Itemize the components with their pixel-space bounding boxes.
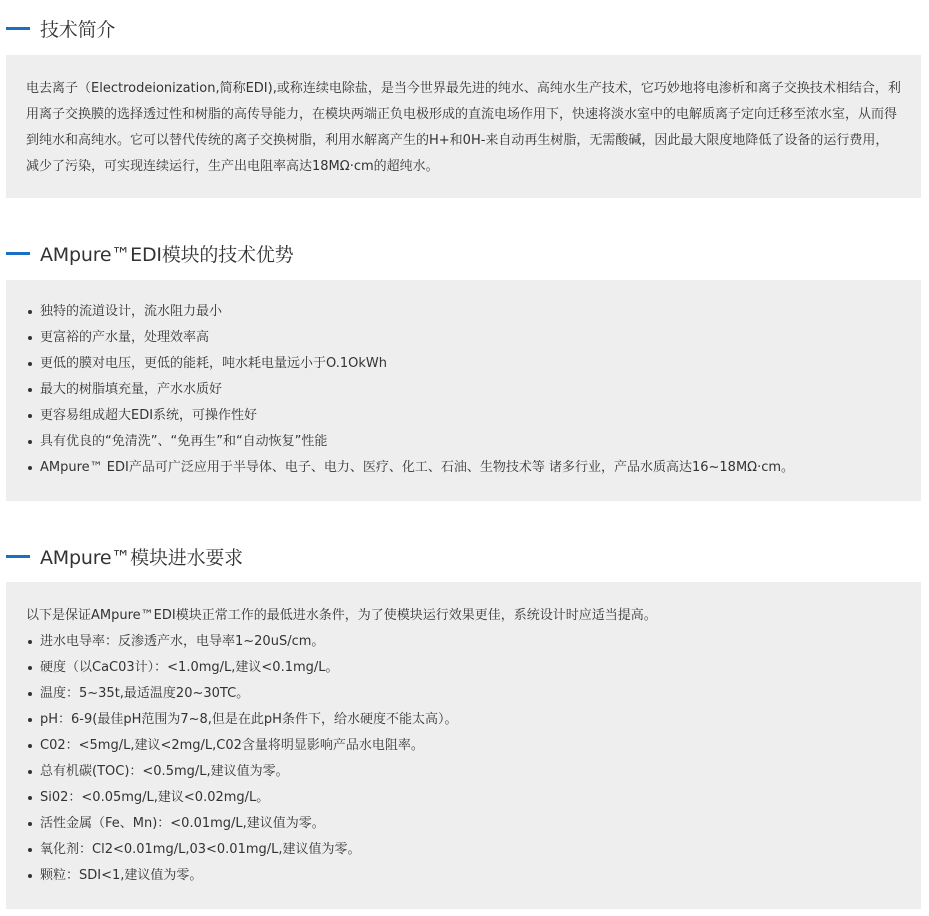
tech-intro-panel: 电去离子（Electrodeionization,简称EDI),或称连续电除盐，… bbox=[6, 55, 921, 198]
list-item: 具有优良的“免清洗”、“免再生”和“自动恢复”性能 bbox=[26, 429, 901, 455]
section-title-text: AMpure™EDI模块的技术优势 bbox=[40, 240, 293, 267]
list-item: 活性金属（Fe、Mn)：<0.01mg/L,建议值为零。 bbox=[26, 811, 901, 837]
list-item: 氧化剂：Cl2<0.01mg/L,03<0.01mg/L,建议值为零。 bbox=[26, 837, 901, 863]
list-item: 总有机碳(TOC)：<0.5mg/L,建议值为零。 bbox=[26, 759, 901, 785]
list-item: Si02：<0.05mg/L,建议<0.02mg/L。 bbox=[26, 785, 901, 811]
list-item: 温度：5~35t,最适温度20~30TC。 bbox=[26, 681, 901, 707]
advantages-list: 独特的流道设计，流水阻力最小 更富裕的产水量，处理效率高 更低的膜对电压，更低的… bbox=[26, 299, 901, 481]
tech-intro-paragraph: 电去离子（Electrodeionization,简称EDI),或称连续电除盐，… bbox=[26, 76, 901, 180]
section-title-feed-water: AMpure™模块进水要求 bbox=[6, 541, 243, 571]
list-item: pH：6-9(最佳pH范围为7~8,但是在此pH条件下，给水硬度不能太高）。 bbox=[26, 707, 901, 733]
section-title-text: 技术简介 bbox=[40, 15, 115, 42]
title-accent-bar bbox=[6, 555, 30, 558]
section-title-text: AMpure™模块进水要求 bbox=[40, 543, 243, 570]
title-accent-bar bbox=[6, 27, 30, 30]
feed-water-intro: 以下是保证AMpure™EDI模块正常工作的最低进水条件，为了使模块运行效果更佳… bbox=[26, 603, 901, 629]
list-item: AMpure™ EDI产品可广泛应用于半导体、电子、电力、医疗、化工、石油、生物… bbox=[26, 455, 901, 481]
list-item: 颗粒：SDI<1,建议值为零。 bbox=[26, 863, 901, 889]
list-item: 进水电导率：反渗透产水，电导率1~20uS/cm。 bbox=[26, 629, 901, 655]
list-item: 硬度（以CaC03计）：<1.0mg/L,建议<0.1mg/L。 bbox=[26, 655, 901, 681]
advantages-panel: 独特的流道设计，流水阻力最小 更富裕的产水量，处理效率高 更低的膜对电压，更低的… bbox=[6, 280, 921, 501]
list-item: 更容易组成超大EDI系统，可操作性好 bbox=[26, 403, 901, 429]
list-item: C02：<5mg/L,建议<2mg/L,C02含量将明显影响产品水电阻率。 bbox=[26, 733, 901, 759]
list-item: 更富裕的产水量，处理效率高 bbox=[26, 325, 901, 351]
feed-water-panel: 以下是保证AMpure™EDI模块正常工作的最低进水条件，为了使模块运行效果更佳… bbox=[6, 582, 921, 909]
list-item: 独特的流道设计，流水阻力最小 bbox=[26, 299, 901, 325]
section-title-tech-intro: 技术简介 bbox=[6, 13, 115, 43]
feed-water-list: 进水电导率：反渗透产水，电导率1~20uS/cm。 硬度（以CaC03计）：<1… bbox=[26, 629, 901, 889]
title-accent-bar bbox=[6, 252, 30, 255]
list-item: 更低的膜对电压，更低的能耗，吨水耗电量远小于O.1OkWh bbox=[26, 351, 901, 377]
section-title-advantages: AMpure™EDI模块的技术优势 bbox=[6, 238, 293, 268]
list-item: 最大的树脂填充量，产水水质好 bbox=[26, 377, 901, 403]
